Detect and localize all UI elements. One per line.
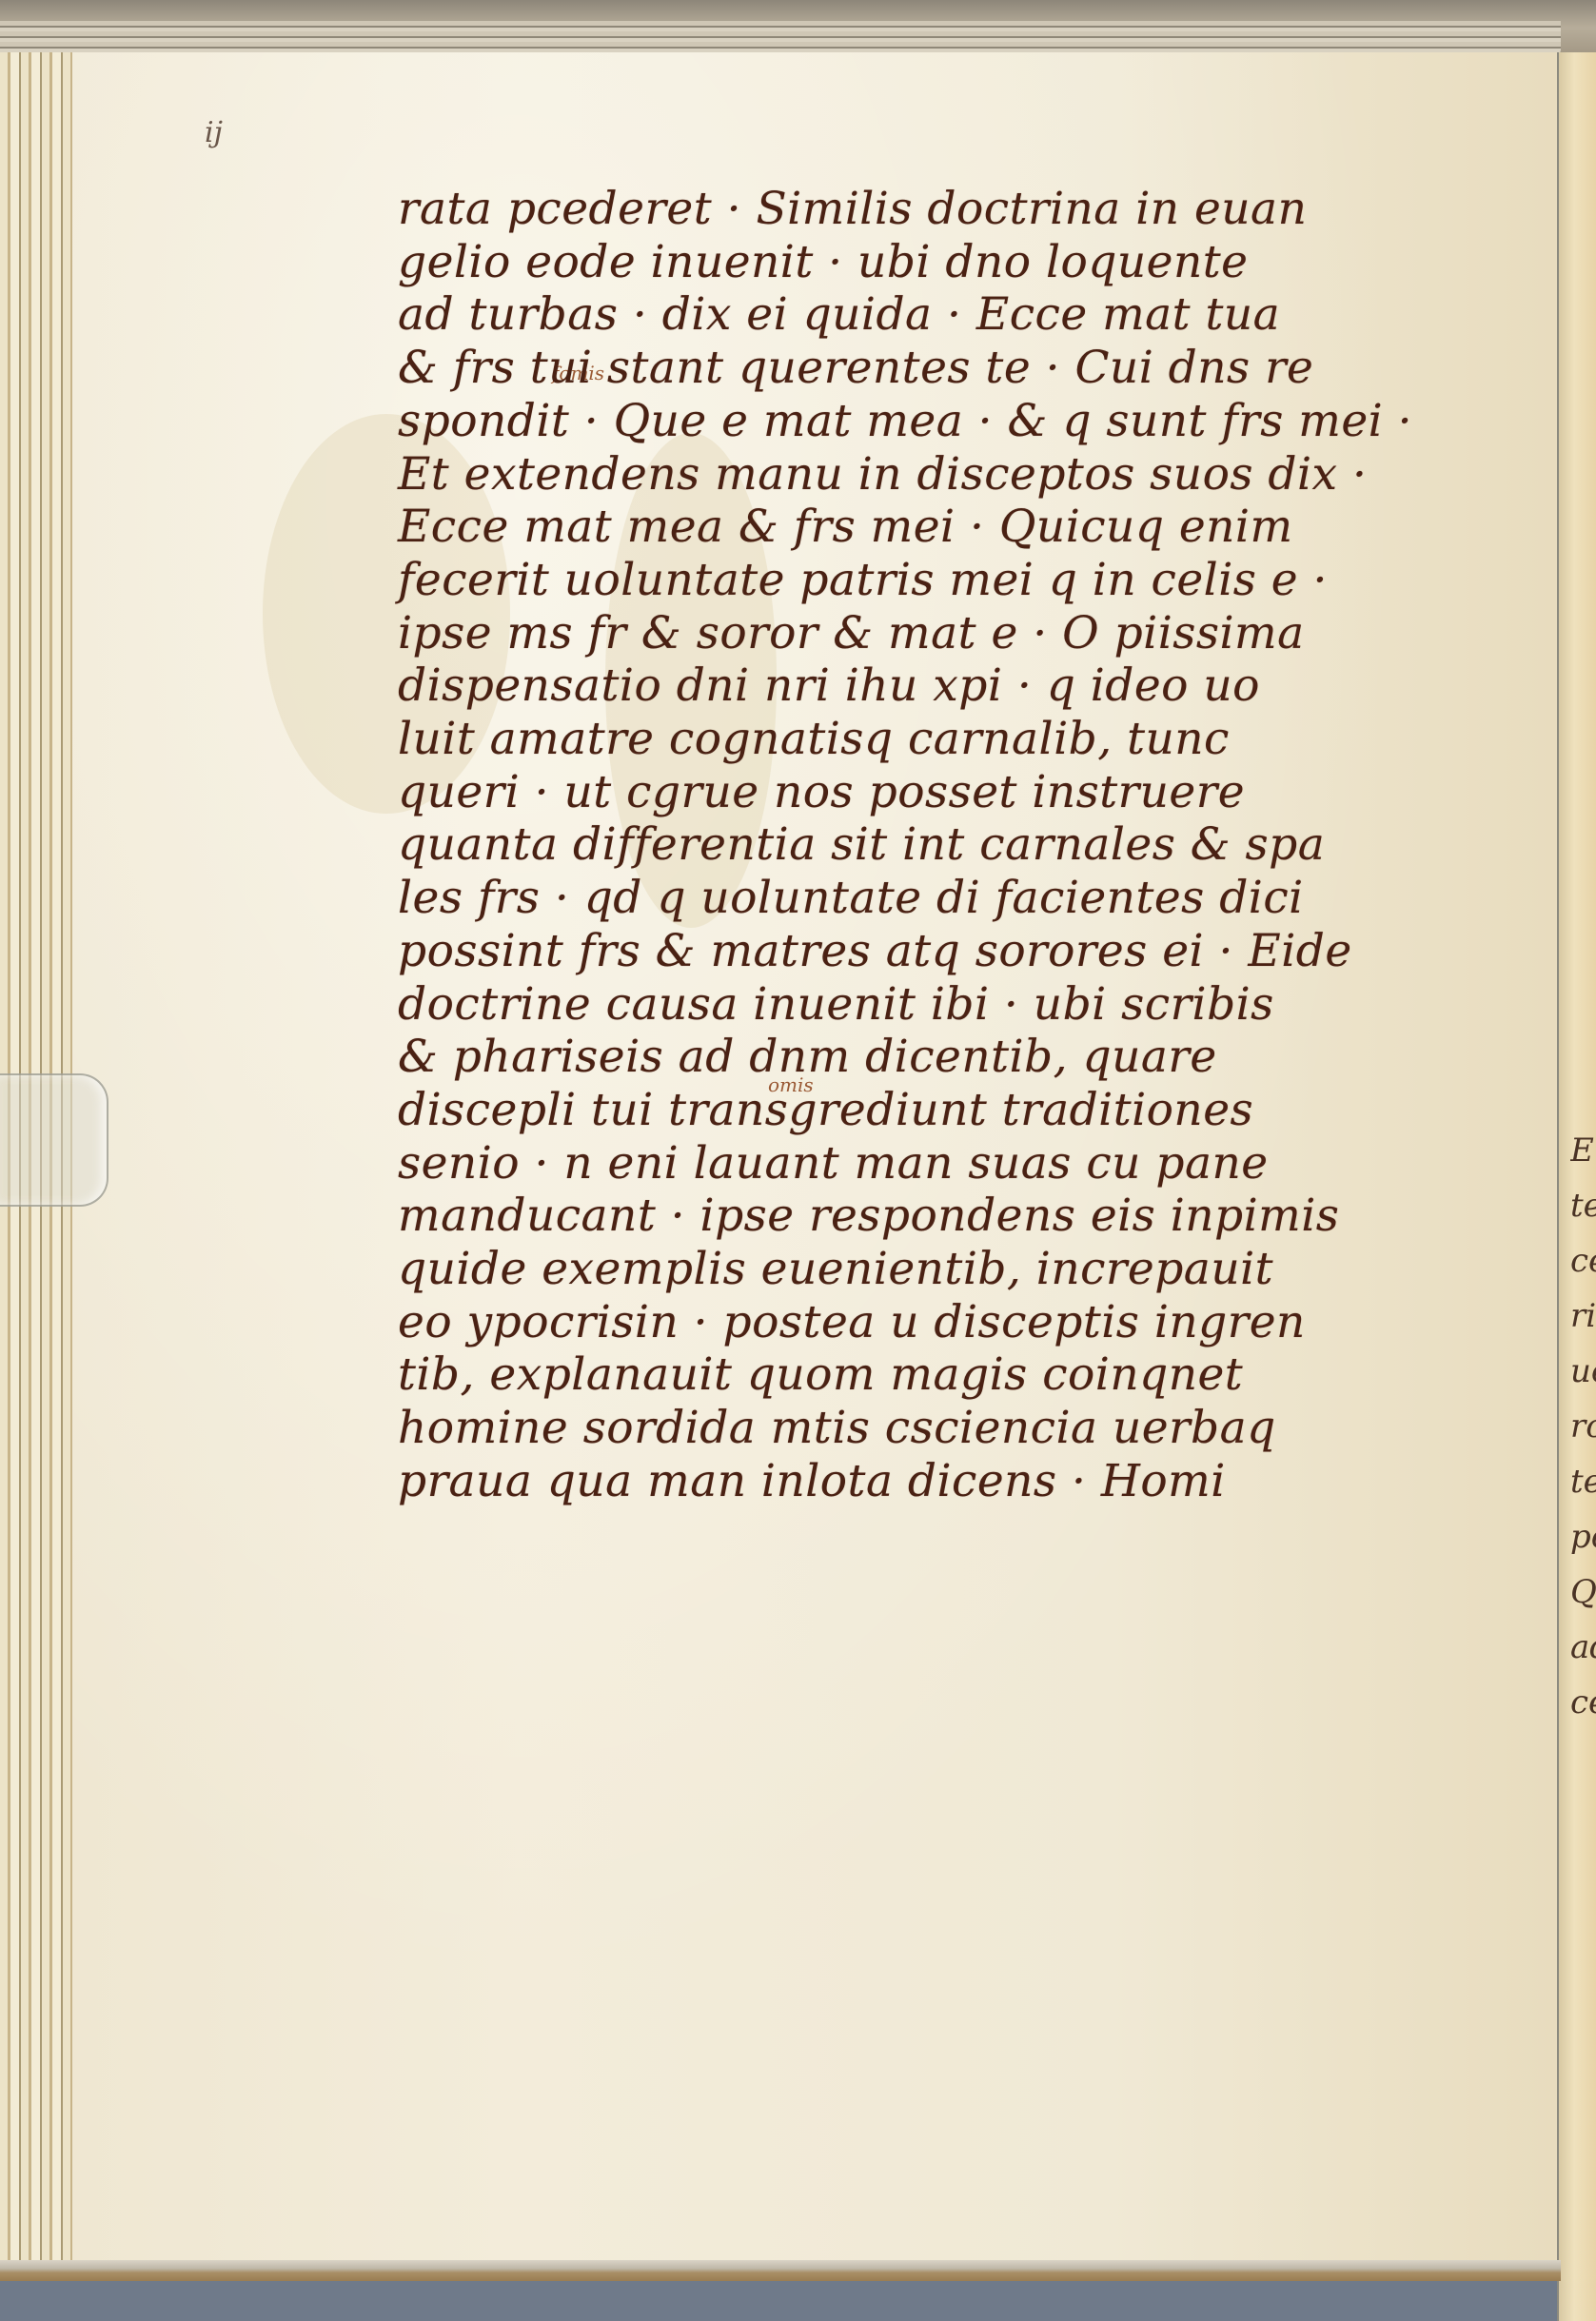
- folio-mark: ij: [205, 116, 223, 149]
- text-line: les frs · qd q uoluntate di facientes di…: [398, 872, 1473, 925]
- text-line: fecerit uoluntate patris mei q in celis …: [398, 554, 1473, 607]
- text-line: Et extendens manu in disceptos suos dix …: [398, 448, 1473, 502]
- text-line: ad turbas · dix ei quida · Ecce mat tua: [398, 288, 1473, 342]
- text-line: senio · n eni lauant man suas cu pane: [398, 1137, 1473, 1190]
- facing-fragment: ue: [1570, 1344, 1596, 1399]
- text-line: tib, explanauit quom magis coinqnet: [398, 1348, 1473, 1402]
- facing-fragment: E: [1570, 1123, 1596, 1178]
- text-line: doctrine causa inuenit ibi · ubi scribis: [398, 978, 1473, 1032]
- text-line: ipse ms fr & soror & mat e · O piissima: [398, 607, 1473, 660]
- text-line: quanta differentia sit int carnales & sp…: [398, 818, 1473, 872]
- page-top-edge: [0, 21, 1561, 55]
- text-line: & frs tui stant querentes te · Cui dns r…: [398, 342, 1473, 395]
- facing-fragment: te: [1570, 1454, 1596, 1509]
- facing-fragment: cela: [1570, 1675, 1596, 1730]
- text-line: homine sordida mtis csciencia uerbaq: [398, 1402, 1473, 1455]
- text-line: discepli tui transgrediunt traditiones: [398, 1084, 1473, 1137]
- text-line: dispensatio dni nri ihu xpi · q ideo uo: [398, 659, 1473, 713]
- facing-fragment: Qu: [1570, 1564, 1596, 1620]
- text-line: quide exemplis euenientib, increpauit: [398, 1243, 1473, 1296]
- facing-page-text: E te ce ri ue ro te po Qu adn cela: [1570, 1123, 1596, 1730]
- facing-fragment: ce: [1570, 1233, 1596, 1288]
- page-bottom-edge: [0, 2260, 1561, 2281]
- text-line: praua qua man inlota dicens · Homi: [398, 1455, 1473, 1508]
- facing-fragment: po: [1570, 1509, 1596, 1564]
- text-line: gelio eode inuenit · ubi dno loquente: [398, 236, 1473, 289]
- facing-fragment: ro: [1570, 1399, 1596, 1454]
- text-line: eo ypocrisin · postea u disceptis ingren: [398, 1296, 1473, 1349]
- text-line: manducant · ipse respondens eis inpimis: [398, 1190, 1473, 1243]
- text-line: possint frs & matres atq sorores ei · Ei…: [398, 925, 1473, 978]
- text-line: spondit · Que e mat mea · & q sunt frs m…: [398, 395, 1473, 448]
- facing-fragment: te: [1570, 1178, 1596, 1233]
- page-clip: [0, 1073, 108, 1207]
- main-text-column: rata pcederet · Similis doctrina in euan…: [398, 183, 1473, 1508]
- text-line: queri · ut cgrue nos posset instruere: [398, 766, 1473, 819]
- facing-fragment: ri: [1570, 1288, 1596, 1344]
- text-line: luit amatre cognatisq carnalib, tunc: [398, 713, 1473, 766]
- text-line: & phariseis ad dnm dicentib, quare: [398, 1031, 1473, 1084]
- text-line: rata pcederet · Similis doctrina in euan: [398, 183, 1473, 236]
- facing-fragment: adn: [1570, 1620, 1596, 1675]
- text-line: Ecce mat mea & frs mei · Quicuq enim: [398, 501, 1473, 554]
